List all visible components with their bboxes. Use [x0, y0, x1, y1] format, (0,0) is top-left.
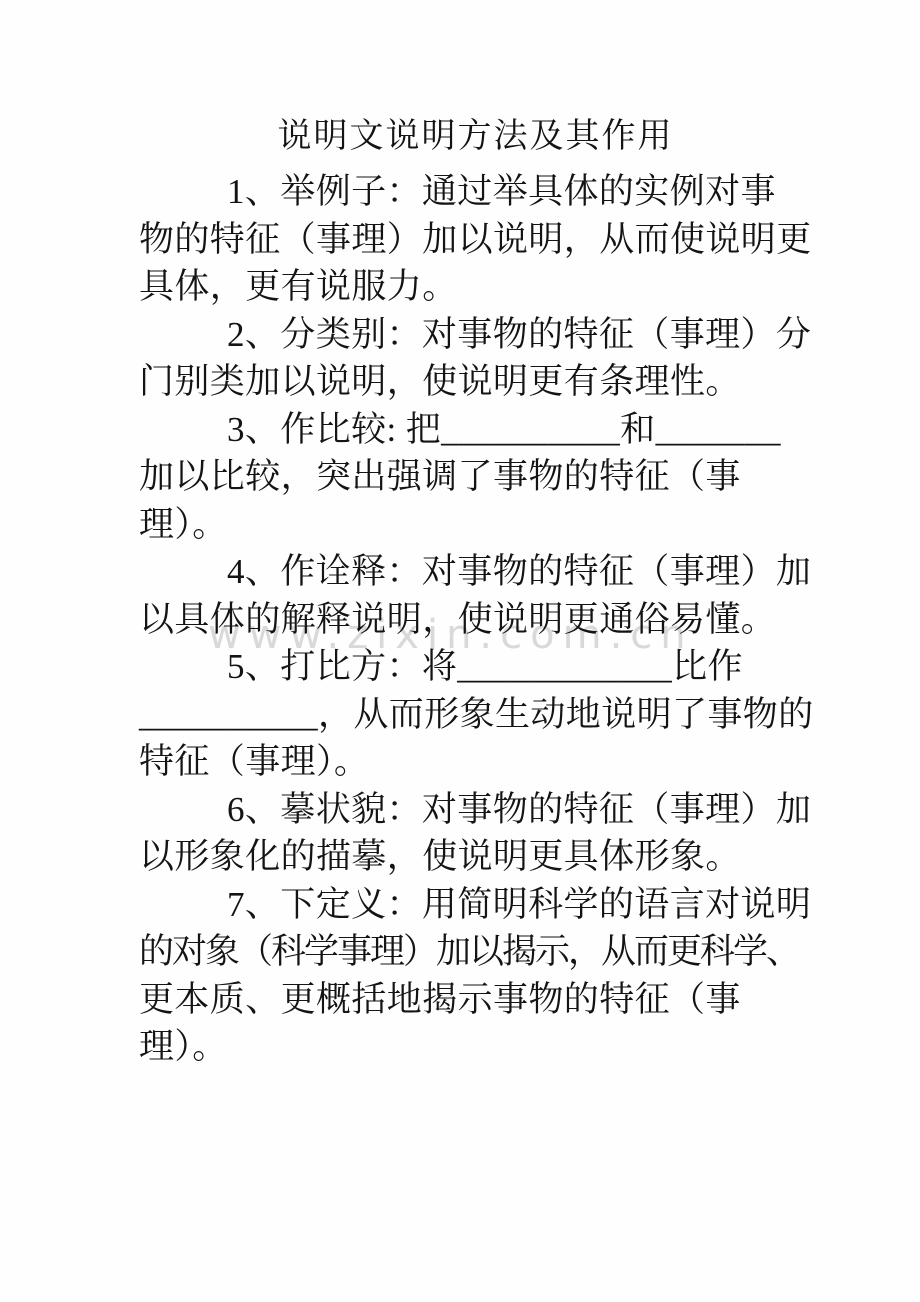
text-line-with-blanks: 3、作比较: 把__________和_______ [139, 406, 812, 454]
text-line: 特征（事理）。 [139, 738, 812, 786]
paragraph-3: 3、作比较: 把__________和_______ 加以比较，突出强调了事物的… [139, 406, 812, 549]
paragraph-5: 5、打比方：将____________比作 __________，从而形象生动地… [139, 643, 812, 786]
text-line: 物的特征（事理）加以说明，从而使说明更 [139, 216, 812, 264]
text-line-with-blanks: 5、打比方：将____________比作 [139, 643, 812, 691]
text-line: 6、摹状貌：对事物的特征（事理）加 [139, 786, 812, 834]
text-line: 以形象化的描摹，使说明更具体形象。 [139, 833, 812, 881]
paragraph-6: 6、摹状貌：对事物的特征（事理）加 以形象化的描摹，使说明更具体形象。 [139, 786, 812, 881]
text-line: 1、举例子：通过举具体的实例对事 [139, 168, 812, 216]
text-line: 的对象（科学事理）加以揭示，从而更科学、 [139, 928, 812, 976]
paragraph-2: 2、分类别：对事物的特征（事理）分 门别类加以说明，使说明更有条理性。 [139, 311, 812, 406]
text-line: 更本质、更概括地揭示事物的特征（事 [139, 976, 812, 1024]
text-line: 加以比较，突出强调了事物的特征（事 [139, 453, 812, 501]
document-body: 说明文说明方法及其作用 1、举例子：通过举具体的实例对事 物的特征（事理）加以说… [0, 0, 920, 1071]
paragraph-7: 7、下定义：用简明科学的语言对说明 的对象（科学事理）加以揭示，从而更科学、 更… [139, 881, 812, 1071]
text-line: 7、下定义：用简明科学的语言对说明 [139, 881, 812, 929]
text-line-with-blanks: __________，从而形象生动地说明了事物的 [139, 691, 812, 739]
document-page: www.zixin.com.cn 说明文说明方法及其作用 1、举例子：通过举具体… [0, 0, 920, 1302]
paragraph-4: 4、作诠释：对事物的特征（事理）加 以具体的解释说明，使说明更通俗易懂。 [139, 548, 812, 643]
text-line: 门别类加以说明，使说明更有条理性。 [139, 358, 812, 406]
text-line: 以具体的解释说明，使说明更通俗易懂。 [139, 596, 812, 644]
page-title: 说明文说明方法及其作用 [139, 106, 812, 168]
text-line: 理）。 [139, 1023, 812, 1071]
paragraph-1: 1、举例子：通过举具体的实例对事 物的特征（事理）加以说明，从而使说明更 具体，… [139, 168, 812, 311]
text-line: 具体，更有说服力。 [139, 263, 812, 311]
text-line: 4、作诠释：对事物的特征（事理）加 [139, 548, 812, 596]
text-line: 理）。 [139, 501, 812, 549]
text-line: 2、分类别：对事物的特征（事理）分 [139, 311, 812, 359]
